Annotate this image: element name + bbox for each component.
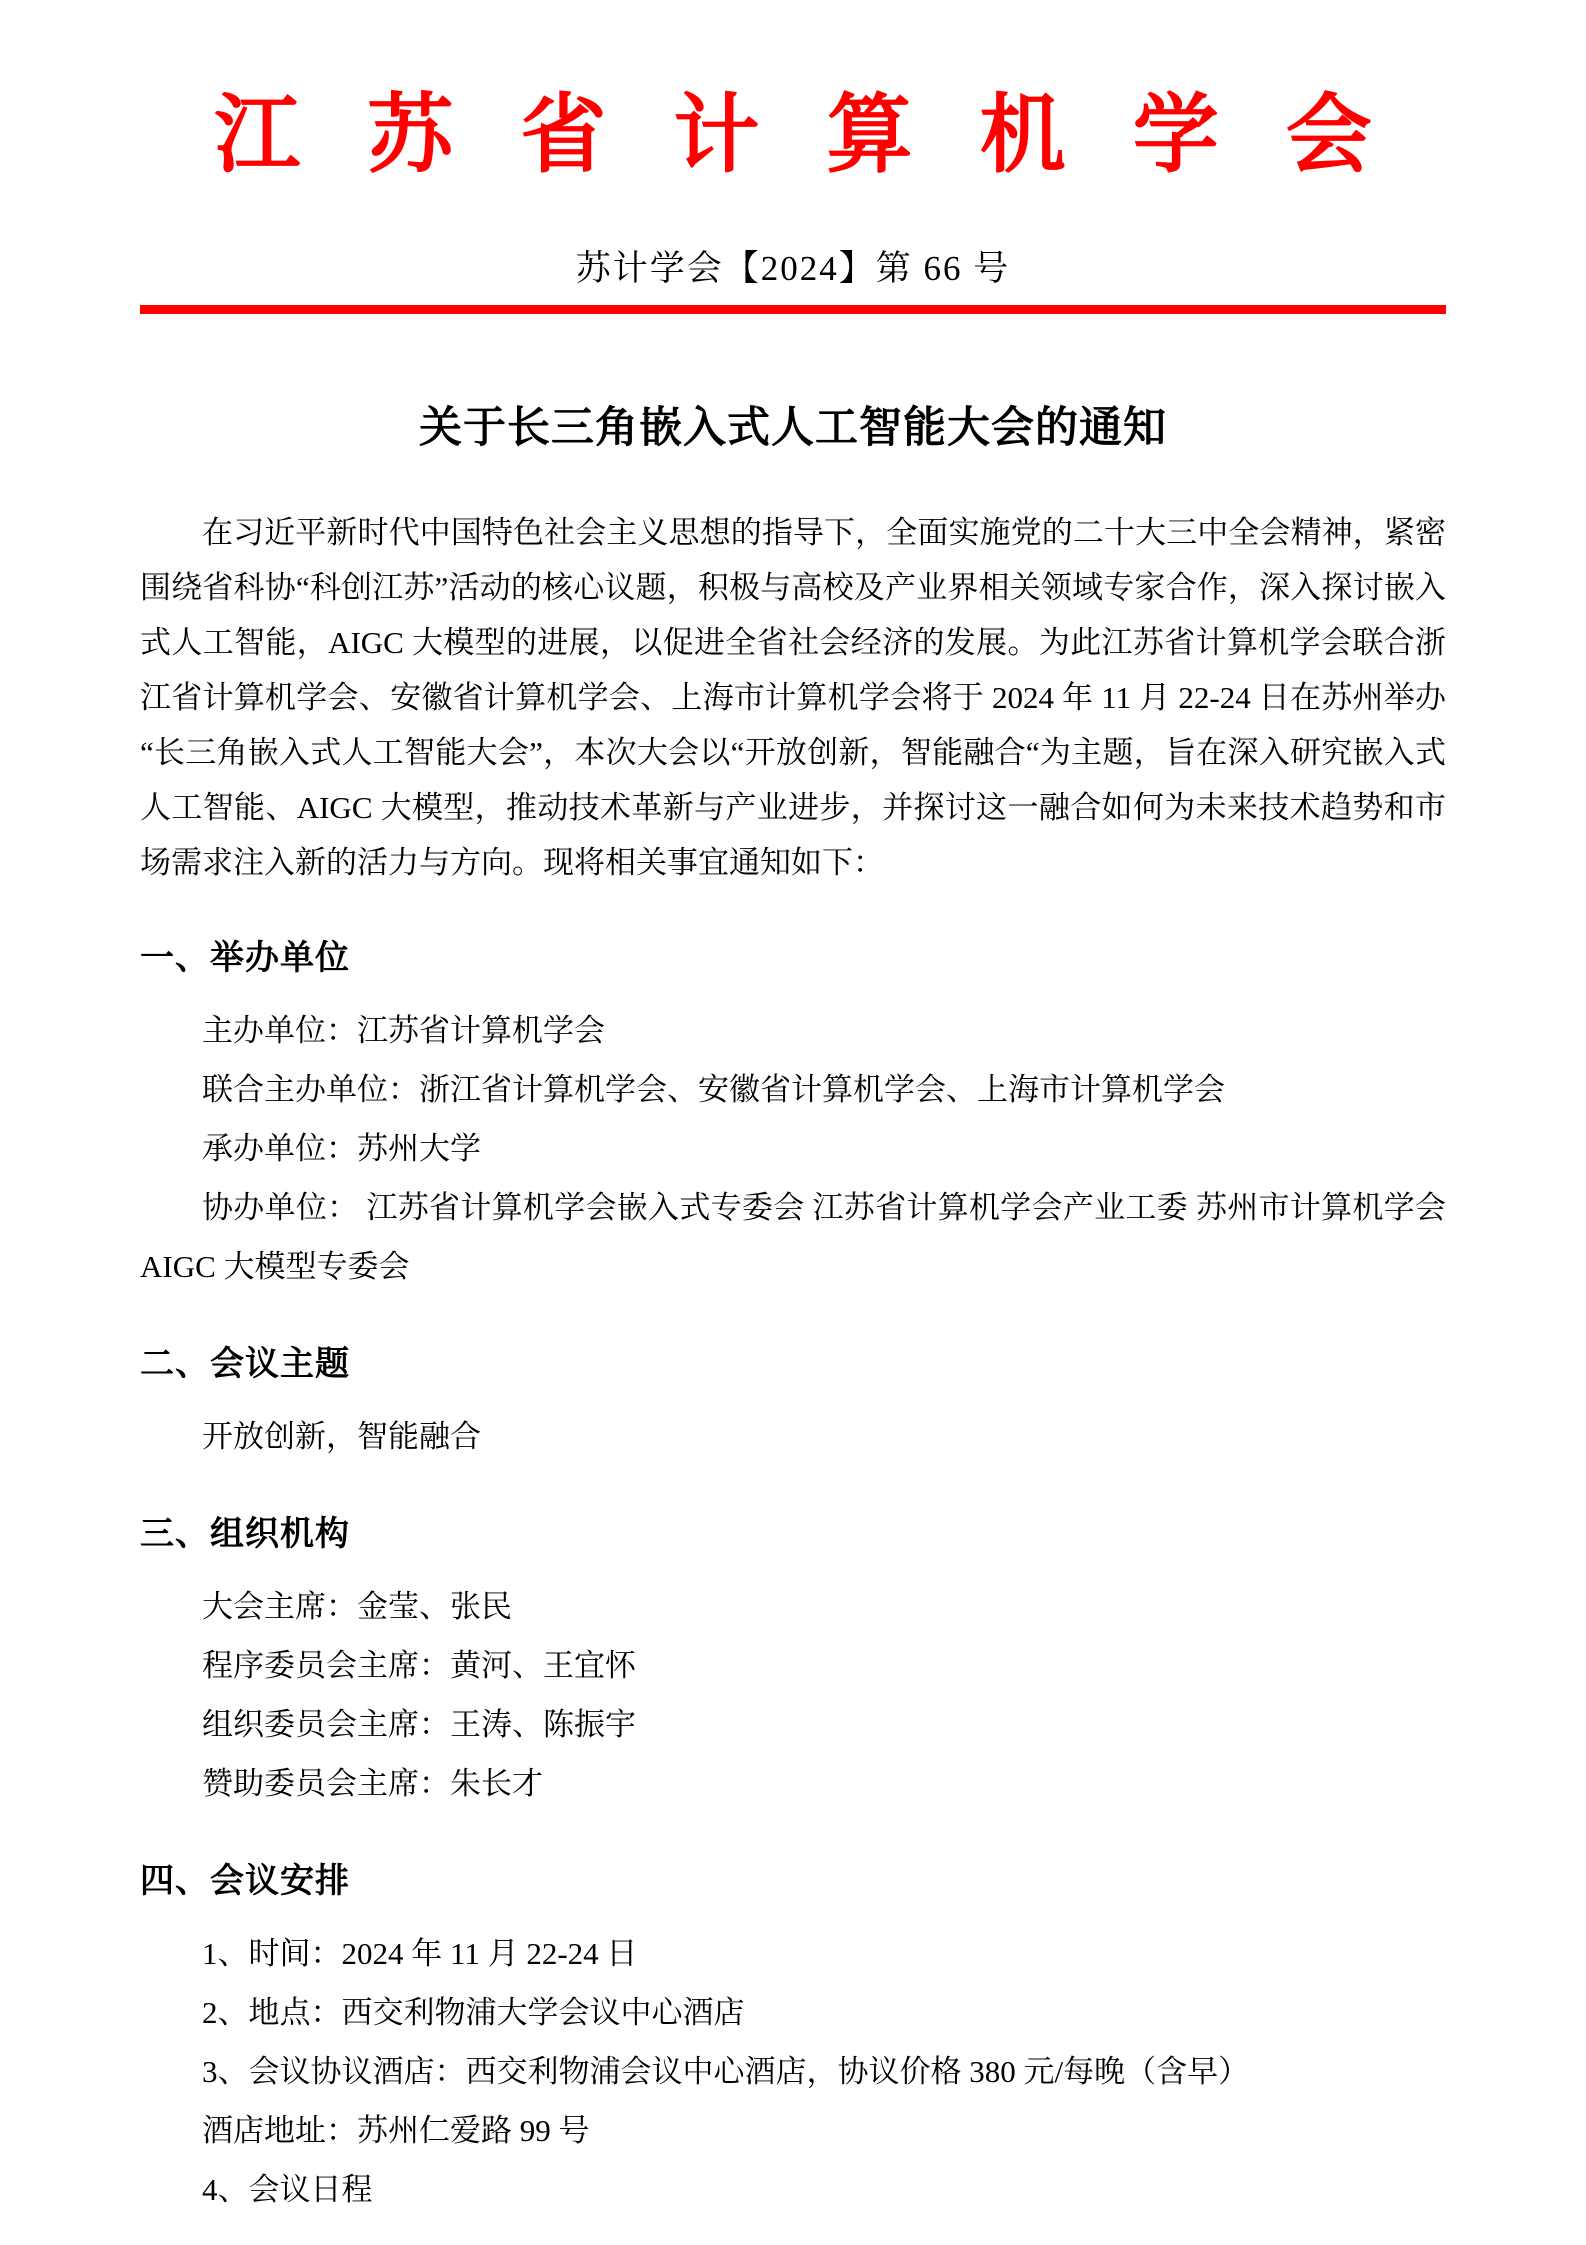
letterhead-divider — [140, 305, 1446, 314]
organization-title: 江苏省计算机学会 — [0, 88, 1586, 183]
notice-title: 关于长三角嵌入式人工智能大会的通知 — [140, 394, 1446, 455]
section-item: 1、时间：2024 年 11 月 22-24 日 — [140, 1924, 1446, 1983]
section-item: 酒店地址：苏州仁爱路 99 号 — [140, 2101, 1446, 2160]
section-item: 程序委员会主席：黄河、王宜怀 — [140, 1636, 1446, 1695]
section-heading: 二、会议主题 — [140, 1336, 1446, 1385]
section-item: 主办单位：江苏省计算机学会 — [140, 1001, 1446, 1060]
section-item: 赞助委员会主席：朱长才 — [140, 1754, 1446, 1813]
section-item: 2、地点：西交利物浦大学会议中心酒店 — [140, 1983, 1446, 2042]
document-body: 关于长三角嵌入式人工智能大会的通知 在习近平新时代中国特色社会主义思想的指导下，… — [0, 394, 1586, 2219]
section-heading: 三、组织机构 — [140, 1506, 1446, 1555]
section-item: 大会主席：金莹、张民 — [140, 1577, 1446, 1636]
section-item: 3、会议协议酒店：西交利物浦会议中心酒店，协议价格 380 元/每晚（含早） — [140, 2042, 1446, 2101]
section-heading: 四、会议安排 — [140, 1853, 1446, 1902]
section-item: 开放创新，智能融合 — [140, 1407, 1446, 1466]
document-page: 江苏省计算机学会 苏计学会【2024】第 66 号 关于长三角嵌入式人工智能大会… — [0, 0, 1586, 2245]
sections-container: 一、举办单位主办单位：江苏省计算机学会联合主办单位：浙江省计算机学会、安徽省计算… — [140, 930, 1446, 2219]
section-item: 承办单位：苏州大学 — [140, 1119, 1446, 1178]
section-item: 组织委员会主席：王涛、陈振宇 — [140, 1695, 1446, 1754]
section-item: 联合主办单位：浙江省计算机学会、安徽省计算机学会、上海市计算机学会 — [140, 1060, 1446, 1119]
letterhead: 江苏省计算机学会 苏计学会【2024】第 66 号 — [0, 0, 1586, 314]
document-number: 苏计学会【2024】第 66 号 — [0, 241, 1586, 291]
section-heading: 一、举办单位 — [140, 930, 1446, 979]
intro-paragraph: 在习近平新时代中国特色社会主义思想的指导下，全面实施党的二十大三中全会精神，紧密… — [140, 505, 1446, 890]
section-item: 协办单位： 江苏省计算机学会嵌入式专委会 江苏省计算机学会产业工委 苏州市计算机… — [140, 1178, 1446, 1296]
section-item: 4、会议日程 — [140, 2160, 1446, 2219]
